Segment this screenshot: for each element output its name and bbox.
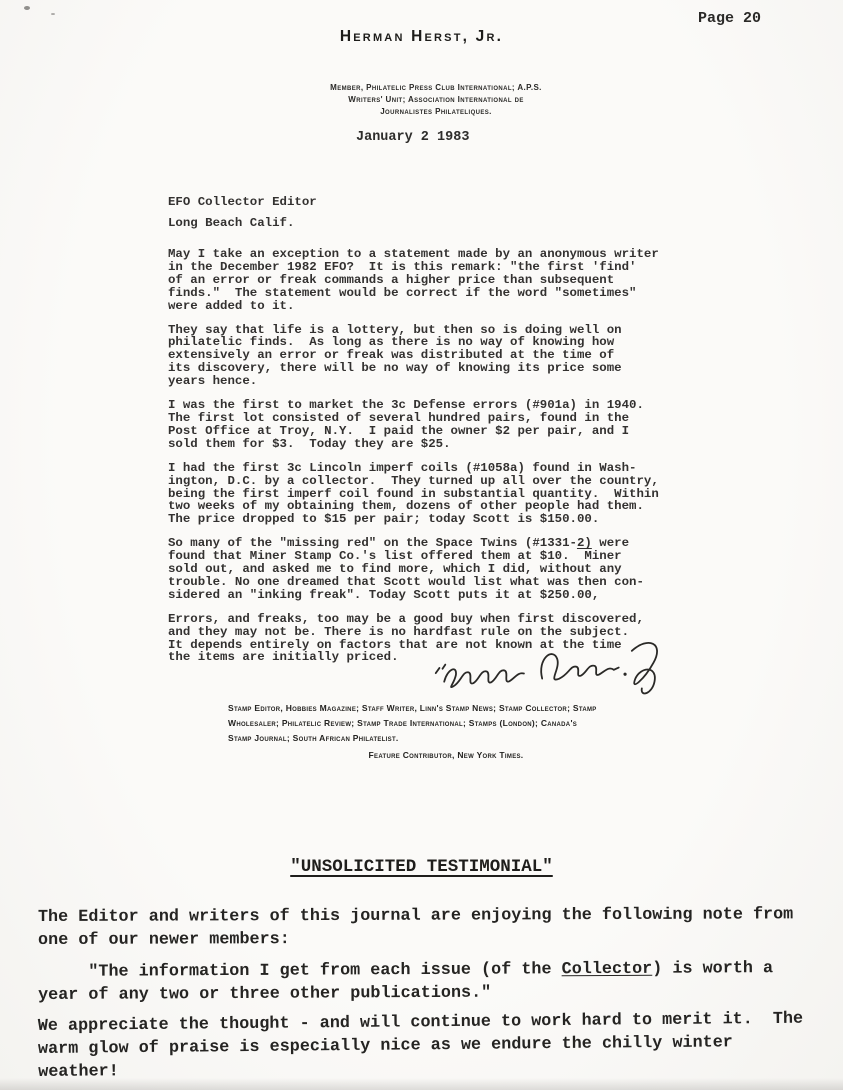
credentials-line: Stamp Editor, Hobbies Magazine; Staff Wr…: [228, 701, 664, 716]
letterhead-name: Herman Herst, Jr.: [0, 28, 843, 46]
letterhead-membership-line: Writers' Unit; Association International…: [271, 94, 601, 106]
testimonial-intro: The Editor and writers of this journal a…: [38, 903, 822, 952]
scan-edge-shadow: [0, 1078, 843, 1090]
letter-paragraph: I was the first to market the 3c Defense…: [168, 399, 676, 451]
letterhead-membership-line: Journalistes Philateliques.: [271, 106, 601, 118]
recipient-city: Long Beach Calif.: [168, 213, 317, 234]
paragraph-text: So many of the "missing red" on the Spac…: [168, 536, 577, 550]
testimonial-heading-text: "UNSOLICITED TESTIMONIAL": [290, 857, 553, 877]
scanned-letter-page: Page 20 Herman Herst, Jr. Member, Philat…: [0, 0, 843, 1090]
letter-date: January 2 1983: [356, 130, 469, 145]
letterhead-memberships: Member, Philatelic Press Club Internatio…: [271, 82, 601, 118]
underlined-collector: Collector: [562, 960, 653, 979]
letter-paragraph: They say that life is a lottery, but the…: [168, 324, 676, 389]
letter-body: May I take an exception to a statement m…: [168, 248, 676, 675]
underlined-text: 2): [577, 536, 592, 550]
letter-paragraph: So many of the "missing red" on the Spac…: [168, 537, 676, 602]
credentials-block: Stamp Editor, Hobbies Magazine; Staff Wr…: [228, 701, 664, 746]
recipient-address: EFO Collector Editor Long Beach Calif.: [168, 192, 317, 234]
letter-paragraph: May I take an exception to a statement m…: [168, 248, 676, 313]
credentials-line: Stamp Journal; South African Philatelist…: [228, 731, 664, 746]
quote-text: "The information I get from each issue (…: [38, 960, 562, 982]
testimonial-quote: "The information I get from each issue (…: [38, 957, 822, 1007]
recipient-name: EFO Collector Editor: [168, 192, 317, 213]
page-number: Page 20: [698, 10, 761, 27]
credentials-line: Wholesaler; Philatelic Review; Stamp Tra…: [228, 716, 664, 731]
testimonial-closing: We appreciate the thought - and will con…: [38, 1007, 823, 1084]
feature-contributor-line: Feature Contributor, New York Times.: [228, 750, 664, 760]
letterhead-membership-line: Member, Philatelic Press Club Internatio…: [271, 82, 601, 94]
testimonial-heading: "UNSOLICITED TESTIMONIAL": [0, 857, 843, 877]
letter-paragraph: I had the first 3c Lincoln imperf coils …: [168, 462, 676, 527]
scan-artifact-specks: [24, 6, 30, 10]
